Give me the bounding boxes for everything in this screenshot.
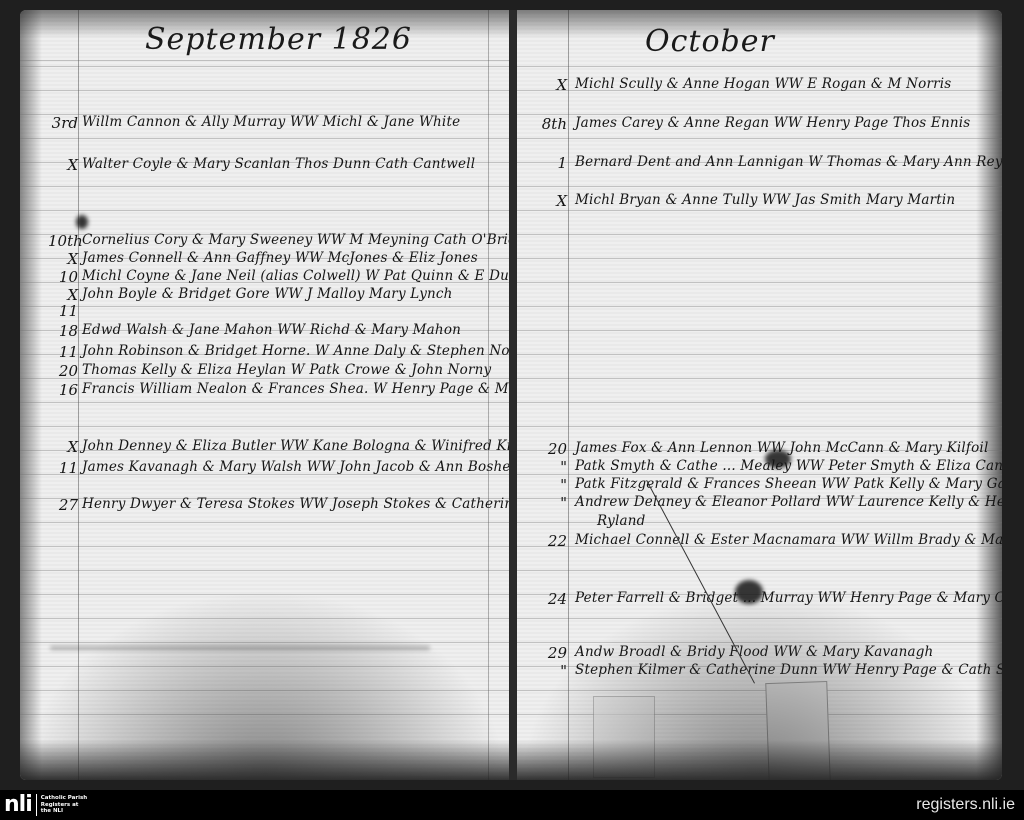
page-heading-september: September 1826 bbox=[145, 22, 412, 57]
entry-text: Cornelius Cory & Mary Sweeney WW M Meyni… bbox=[82, 232, 510, 248]
register-entry: 16 Francis William Nealon & Frances Shea… bbox=[20, 381, 510, 403]
entry-date: 10 bbox=[48, 268, 78, 286]
entry-text: James Connell & Ann Gaffney WW McJones &… bbox=[82, 250, 478, 266]
viewer-footer: nli Catholic Parish Registers at the NLI… bbox=[0, 790, 1024, 820]
entry-date: 27 bbox=[48, 496, 78, 514]
ink-blot bbox=[76, 215, 88, 229]
register-entry: 3rd Willm Cannon & Ally Murray WW Michl … bbox=[20, 114, 510, 136]
page-heading-october: October bbox=[645, 24, 775, 59]
entry-date: 1 bbox=[537, 154, 567, 172]
entry-date: 11 bbox=[48, 302, 78, 320]
logo-caption: Catholic Parish Registers at the NLI bbox=[41, 795, 87, 815]
logo-caption-line: the NLI bbox=[41, 808, 87, 815]
entry-date: X bbox=[48, 250, 78, 268]
ink-blot bbox=[765, 450, 791, 468]
entry-date: 11 bbox=[48, 459, 78, 477]
entry-text: Michl Scully & Anne Hogan WW E Rogan & M… bbox=[575, 76, 951, 92]
register-entry: X Michl Bryan & Anne Tully WW Jas Smith … bbox=[517, 192, 1002, 214]
entry-date: X bbox=[48, 438, 78, 456]
entry-text: John Robinson & Bridget Horne. W Anne Da… bbox=[82, 343, 510, 359]
entry-text: Andrew Delaney & Eleanor Pollard WW Laur… bbox=[575, 494, 1002, 510]
right-page: October X Michl Scully & Anne Hogan WW E… bbox=[517, 10, 1002, 780]
register-entry: X Michl Scully & Anne Hogan WW E Rogan &… bbox=[517, 76, 1002, 98]
paper-repair-patch bbox=[593, 696, 655, 778]
register-scan: September 1826 3rd Willm Cannon & Ally M… bbox=[0, 0, 1024, 790]
entry-text: Patk Fitzgerald & Frances Sheean WW Patk… bbox=[575, 476, 1002, 492]
entry-date: 22 bbox=[537, 532, 567, 550]
entry-date: 29 bbox=[537, 644, 567, 662]
entry-date: X bbox=[48, 156, 78, 174]
entry-text: Thomas Kelly & Eliza Heylan W Patk Crowe… bbox=[82, 362, 491, 378]
entry-date: X bbox=[537, 76, 567, 94]
entry-text: Henry Dwyer & Teresa Stokes WW Joseph St… bbox=[82, 496, 510, 512]
register-entry: X Walter Coyle & Mary Scanlan Thos Dunn … bbox=[20, 156, 510, 178]
entry-date: 3rd bbox=[48, 114, 78, 132]
entry-date: 18 bbox=[48, 322, 78, 340]
register-entry: 27 Henry Dwyer & Teresa Stokes WW Joseph… bbox=[20, 496, 510, 518]
entry-date: " bbox=[537, 494, 567, 512]
register-entry: 8th James Carey & Anne Regan WW Henry Pa… bbox=[517, 115, 1002, 137]
site-url-link[interactable]: registers.nli.ie bbox=[916, 796, 1015, 814]
entry-text: Willm Cannon & Ally Murray WW Michl & Ja… bbox=[82, 114, 460, 130]
entry-text: James Carey & Anne Regan WW Henry Page T… bbox=[575, 115, 970, 131]
entry-text: Andw Broadl & Bridy Flood WW & Mary Kava… bbox=[575, 644, 933, 660]
entry-date: " bbox=[537, 662, 567, 680]
entry-text: Bernard Dent and Ann Lannigan W Thomas &… bbox=[575, 154, 1002, 170]
entry-text: Stephen Kilmer & Catherine Dunn WW Henry… bbox=[575, 662, 1002, 678]
nli-logo[interactable]: nli Catholic Parish Registers at the NLI bbox=[4, 793, 87, 817]
entry-date: 16 bbox=[48, 381, 78, 399]
logo-divider bbox=[36, 794, 37, 816]
entry-text: Michl Bryan & Anne Tully WW Jas Smith Ma… bbox=[575, 192, 955, 208]
entry-text: Ryland bbox=[597, 513, 645, 529]
entry-date: X bbox=[537, 192, 567, 210]
register-entry: 11 James Kavanagh & Mary Walsh WW John J… bbox=[20, 459, 510, 481]
entry-text: Peter Farrell & Bridget ... Murray WW He… bbox=[575, 590, 1002, 606]
entry-date: 10th bbox=[48, 232, 78, 250]
entry-text: Michl Coyne & Jane Neil (alias Colwell) … bbox=[82, 268, 510, 284]
left-page: September 1826 3rd Willm Cannon & Ally M… bbox=[20, 10, 510, 780]
nli-logo-mark: nli bbox=[4, 793, 32, 817]
logo-caption-line: Catholic Parish bbox=[41, 795, 87, 802]
entry-text: Edwd Walsh & Jane Mahon WW Richd & Mary … bbox=[82, 322, 461, 338]
entry-text: Francis William Nealon & Frances Shea. W… bbox=[82, 381, 510, 397]
paper-repair-patch bbox=[765, 681, 831, 780]
entry-date: 8th bbox=[537, 115, 567, 133]
register-entry: 18 Edwd Walsh & Jane Mahon WW Richd & Ma… bbox=[20, 322, 510, 344]
entry-date: 11 bbox=[48, 343, 78, 361]
entry-text: Walter Coyle & Mary Scanlan Thos Dunn Ca… bbox=[82, 156, 475, 172]
faded-ink-row bbox=[50, 646, 430, 650]
ink-blot bbox=[735, 580, 763, 604]
register-entry: 22 Michael Connell & Ester Macnamara WW … bbox=[517, 532, 1002, 554]
entry-text: John Denney & Eliza Butler WW Kane Bolog… bbox=[82, 438, 510, 454]
entry-text: Michael Connell & Ester Macnamara WW Wil… bbox=[575, 532, 1002, 548]
entry-date: 20 bbox=[48, 362, 78, 380]
register-entry: 11 bbox=[20, 302, 510, 324]
entry-date: " bbox=[537, 458, 567, 476]
entry-date: " bbox=[537, 476, 567, 494]
entry-text: John Boyle & Bridget Gore WW J Malloy Ma… bbox=[82, 286, 453, 302]
entry-date: 24 bbox=[537, 590, 567, 608]
entry-date: 20 bbox=[537, 440, 567, 458]
register-entry: X John Denney & Eliza Butler WW Kane Bol… bbox=[20, 438, 510, 460]
register-entry: 1 Bernard Dent and Ann Lannigan W Thomas… bbox=[517, 154, 1002, 176]
register-entry: " Stephen Kilmer & Catherine Dunn WW Hen… bbox=[517, 662, 1002, 684]
entry-text: James Kavanagh & Mary Walsh WW John Jaco… bbox=[82, 459, 510, 475]
